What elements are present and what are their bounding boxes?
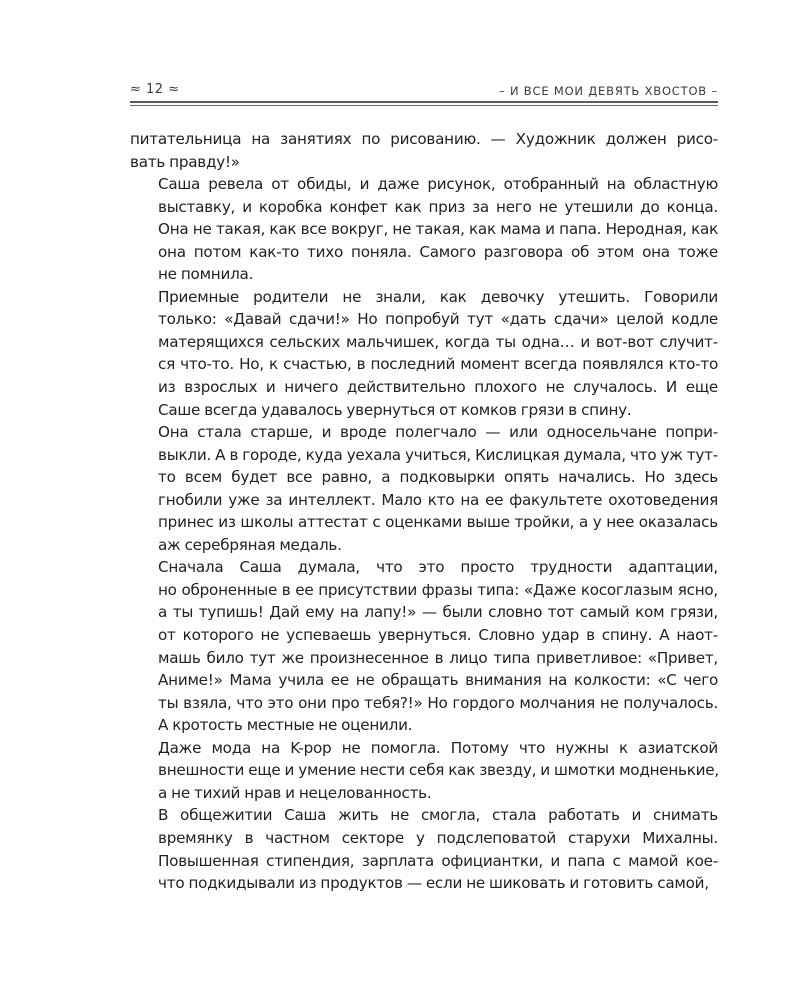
text-line: выставку, и коробка конфет как приз за н… — [130, 196, 718, 219]
text-line: Аниме!» Мама учила ее не обращать вниман… — [130, 669, 718, 692]
text-line: аж серебряная медаль. — [130, 534, 718, 557]
text-line: то всем будет все равно, а подковырки оп… — [130, 466, 718, 489]
text-line: времянку в частном секторе у подслеповат… — [130, 827, 718, 850]
text-line: В общежитии Саша жить не смогла, стала р… — [130, 804, 718, 827]
text-line: а ты тупишь! Дай ему на лапу!» — были сл… — [130, 601, 718, 624]
text-line: от которого не успеваешь увернуться. Сло… — [130, 624, 718, 647]
text-line: Она не такая, как все вокруг, не такая, … — [130, 218, 718, 241]
text-line: не помнила. — [130, 263, 718, 286]
running-title: – И ВСЕ МОИ ДЕВЯТЬ ХВОСТОВ – — [499, 84, 718, 98]
text-line: Приемные родители не знали, как девочку … — [130, 286, 718, 309]
text-line: внешности еще и умение нести себя как зв… — [130, 759, 718, 782]
text-line: Она стала старше, и вроде полегчало — ил… — [130, 421, 718, 444]
text-line: Саше всегда удавалось увернуться от комк… — [130, 399, 718, 422]
text-line: но оброненные в ее присутствии фразы тип… — [130, 579, 718, 602]
text-line: Повышенная стипендия, зарплата официантк… — [130, 850, 718, 873]
text-line: А кротость местные не оценили. — [130, 714, 718, 737]
paragraph: питательница на занятиях по рисованию. —… — [130, 128, 718, 173]
paragraph: Она стала старше, и вроде полегчало — ил… — [130, 421, 718, 556]
paragraph: Даже мода на K-pop не помогла. Потому чт… — [130, 737, 718, 805]
text-line: гнобили уже за интеллект. Мало кто на ее… — [130, 489, 718, 512]
text-line: ты взяла, что это они про тебя?!» Но гор… — [130, 692, 718, 715]
text-line: питательница на занятиях по рисованию. —… — [130, 128, 718, 151]
text-line: ся что-то. Но, к счастью, в последний мо… — [130, 353, 718, 376]
text-line: Сначала Саша думала, что это просто труд… — [130, 556, 718, 579]
text-line: машь било тут же произнесенное в лицо ти… — [130, 647, 718, 670]
page-number: ≈ 12 ≈ — [130, 82, 180, 97]
paragraph: Сначала Саша думала, что это просто труд… — [130, 556, 718, 736]
text-line: из взрослых и ничего действительно плохо… — [130, 376, 718, 399]
text-line: что подкидывали из продуктов — если не ш… — [130, 872, 718, 895]
body-text: питательница на занятиях по рисованию. —… — [130, 128, 718, 895]
paragraph: Саша ревела от обиды, и даже рисунок, от… — [130, 173, 718, 286]
header-rule-thin — [130, 105, 718, 106]
running-head: ≈ 12 ≈ – И ВСЕ МОИ ДЕВЯТЬ ХВОСТОВ – — [130, 82, 718, 100]
text-line: Даже мода на K-pop не помогла. Потому чт… — [130, 737, 718, 760]
paragraph: В общежитии Саша жить не смогла, стала р… — [130, 804, 718, 894]
text-line: матерящихся сельских мальчишек, когда ты… — [130, 331, 718, 354]
text-line: Саша ревела от обиды, и даже рисунок, от… — [130, 173, 718, 196]
text-line: выкли. А в городе, куда уехала учиться, … — [130, 444, 718, 467]
text-line: только: «Давай сдачи!» Но попробуй тут «… — [130, 308, 718, 331]
text-line: она потом как-то тихо поняла. Самого раз… — [130, 241, 718, 264]
text-line: принес из школы аттестат с оценками выше… — [130, 511, 718, 534]
header-rule-thick — [130, 101, 718, 103]
book-page: ≈ 12 ≈ – И ВСЕ МОИ ДЕВЯТЬ ХВОСТОВ – пита… — [0, 0, 800, 1000]
paragraph: Приемные родители не знали, как девочку … — [130, 286, 718, 421]
text-line: а не тихий нрав и нецелованность. — [130, 782, 718, 805]
text-line: вать правду!» — [130, 151, 718, 174]
